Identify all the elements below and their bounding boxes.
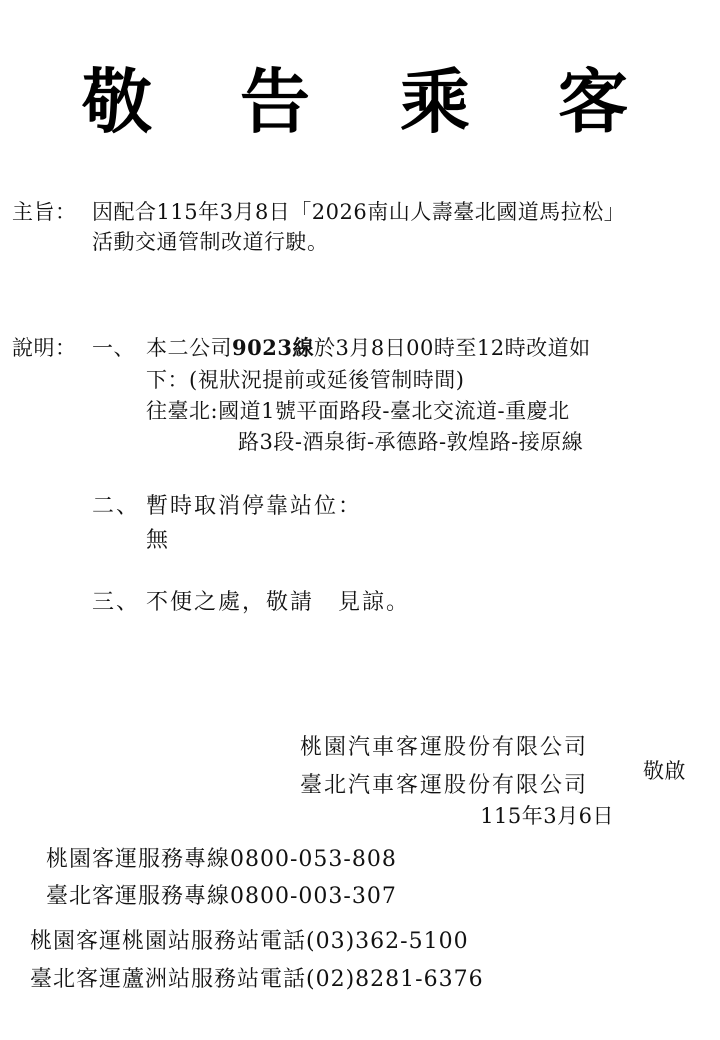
hotline-taoyuan: 桃園客運服務專線0800-053-808: [46, 845, 397, 875]
station-phone-luzhou: 臺北客運蘆洲站服務站電話(02)8281-6376: [30, 965, 484, 995]
item-1-number: 一、: [92, 334, 135, 362]
item-2-line-1: 暫時取消停靠站位：: [146, 492, 362, 522]
subject-label: 主旨：: [12, 198, 77, 226]
signature-date: 115年3月6日: [480, 802, 614, 830]
title-char-1: 敬: [82, 64, 152, 140]
company-taoyuan: 桃園汽車客運股份有限公司: [300, 733, 588, 763]
title-char-3: 乘: [400, 64, 470, 140]
item-1-line-4: 路3段-酒泉街-承德路-敦煌路-接原線: [238, 428, 583, 456]
title-char-4: 客: [558, 64, 628, 140]
item-3-line-1: 不便之處，敬請 見諒。: [146, 588, 410, 618]
subject-line-1: 因配合115年3月8日「2026南山人壽臺北國道馬拉松」: [92, 198, 625, 226]
company-taipei: 臺北汽車客運股份有限公司: [300, 771, 588, 801]
explanation-label: 說明：: [12, 334, 77, 362]
item-2-number: 二、: [92, 492, 140, 522]
item-1-line-1: 本二公司9023線於3月8日00時至12時改道如: [146, 334, 591, 362]
hotline-taipei: 臺北客運服務專線0800-003-307: [46, 882, 397, 912]
station-phone-taoyuan: 桃園客運桃園站服務站電話(03)362-5100: [30, 927, 469, 957]
item-1-line-3: 往臺北:國道1號平面路段-臺北交流道-重慶北: [146, 397, 570, 425]
item-3-number: 三、: [92, 588, 140, 618]
title-char-2: 告: [240, 64, 310, 140]
item-1-suffix: 於3月8日00時至12時改道如: [314, 336, 591, 360]
route-number: 9023線: [232, 335, 314, 360]
item-2-line-2: 無: [146, 526, 170, 556]
subject-line-2: 活動交通管制改道行駛。: [92, 228, 329, 256]
item-1-line-2: 下：(視狀況提前或延後管制時間): [146, 366, 464, 394]
signature-closing: 敬啟: [643, 757, 686, 785]
item-1-prefix: 本二公司: [146, 336, 232, 360]
